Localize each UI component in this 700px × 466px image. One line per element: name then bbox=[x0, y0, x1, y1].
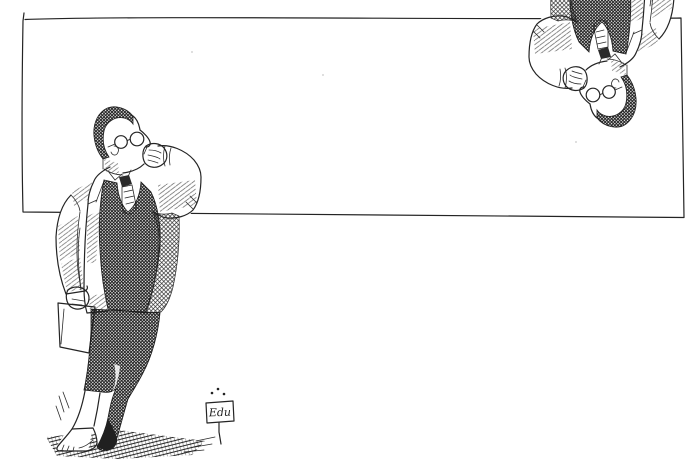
signature-post bbox=[219, 423, 221, 444]
artist-signature: Edu bbox=[206, 388, 234, 444]
paper-specks bbox=[191, 51, 577, 143]
signature-text: Edu bbox=[208, 406, 232, 420]
walking-man bbox=[56, 107, 201, 451]
cartoon-canvas: Edu bbox=[0, 0, 700, 466]
artwork: Edu bbox=[0, 0, 700, 466]
inverted-man bbox=[529, 0, 674, 127]
signature-dots bbox=[211, 388, 226, 396]
